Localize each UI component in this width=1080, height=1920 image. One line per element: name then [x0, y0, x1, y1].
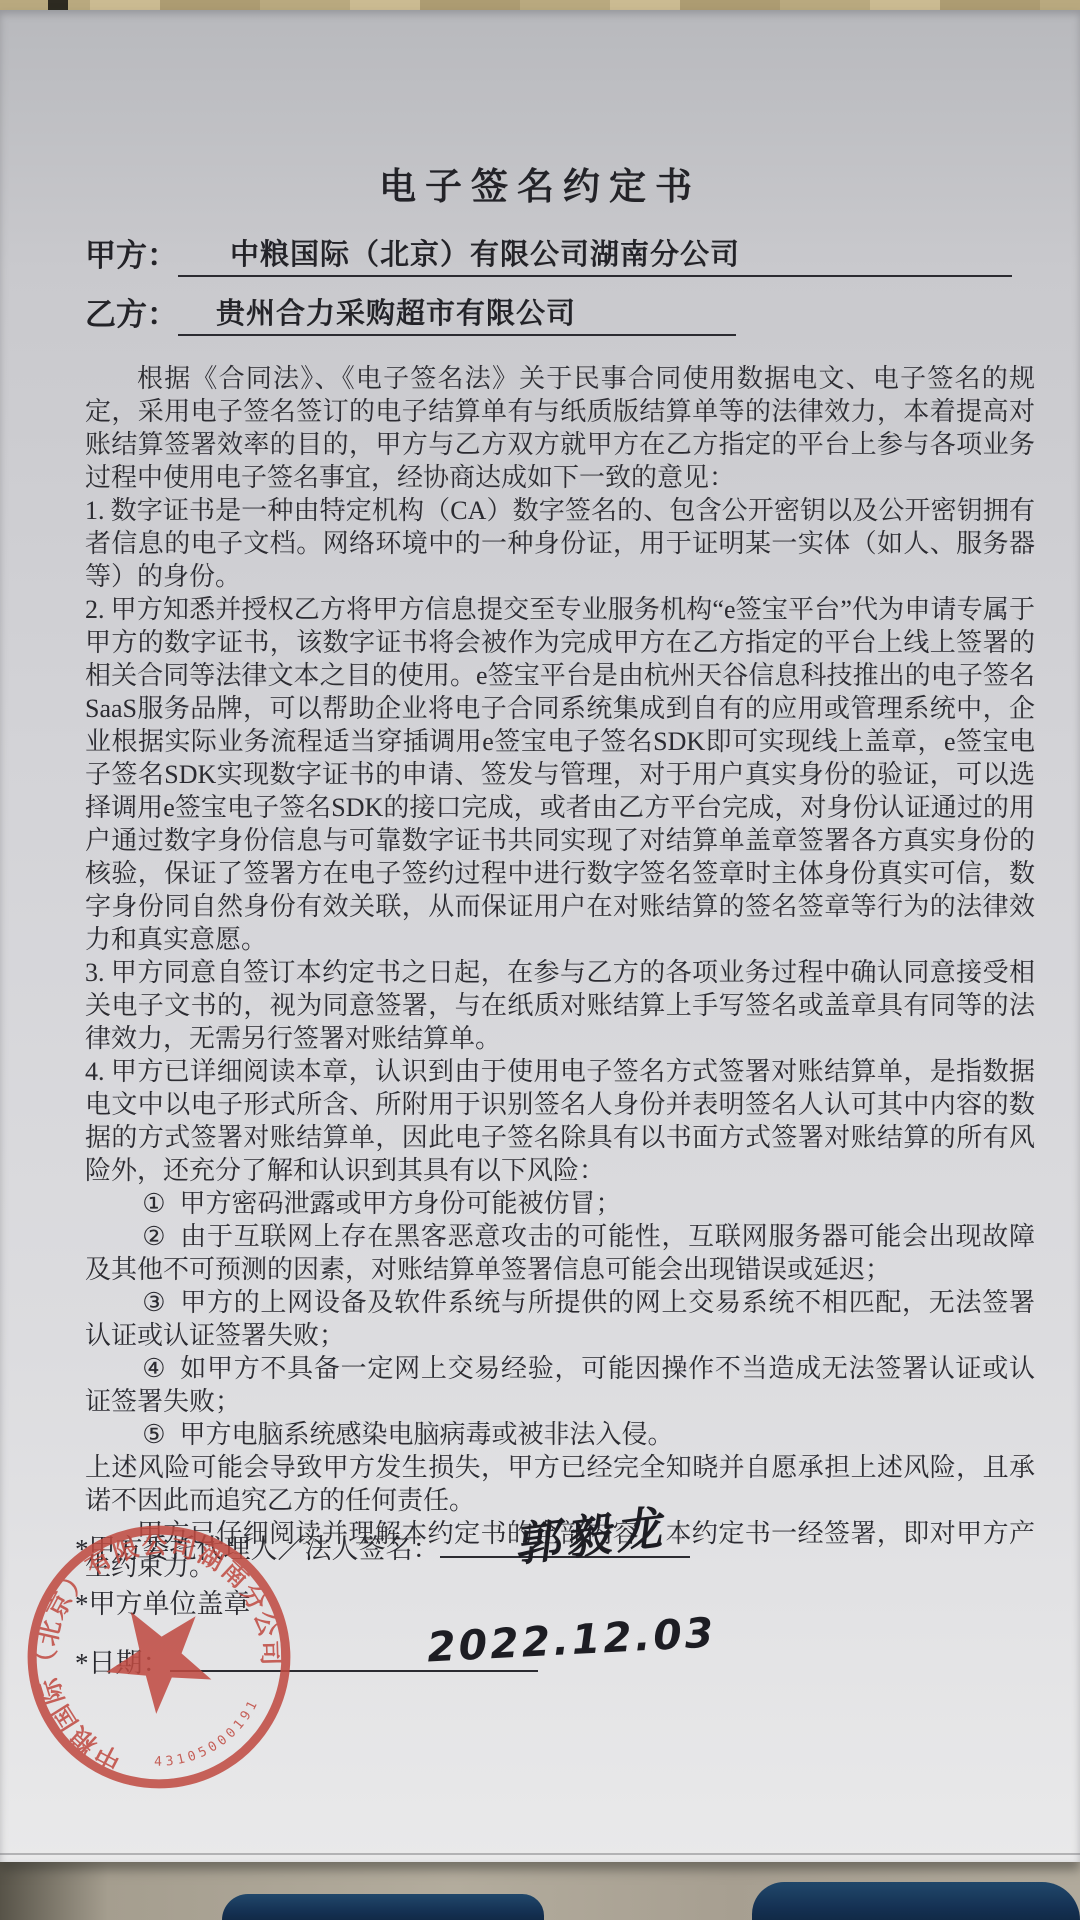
party-a-underline: 中粮国际（北京）有限公司湖南分公司	[178, 232, 1012, 277]
clause-4: 4.甲方已详细阅读本章，认识到由于使用电子签名方式签署对账结算单，是指数据电文中…	[85, 1055, 1035, 1187]
party-b-row: 乙方： 贵州合力采购超市有限公司	[85, 289, 1012, 336]
risk-item-4: ④如甲方不具备一定网上交易经验，可能因操作不当造成无法签署认证或认证签署失败；	[85, 1352, 1035, 1418]
risk-2-number: ②	[142, 1222, 166, 1251]
clause-2: 2.甲方知悉并授权乙方将甲方信息提交至专业服务机构“e签宝平台”代为申请专属于甲…	[85, 593, 1035, 956]
party-a-label: 甲方：	[85, 230, 178, 277]
document-title: 电子签名约定书	[0, 156, 1080, 210]
clause-4-number: 4.	[85, 1057, 105, 1086]
risk-item-5: ⑤甲方电脑系统感染电脑病毒或被非法入侵。	[85, 1418, 1035, 1451]
risk-1-text: 甲方密码泄露或甲方身份可能被仿冒；	[180, 1189, 622, 1218]
clause-1-number: 1.	[85, 496, 105, 525]
stamp-star-icon	[86, 1584, 228, 1725]
contract-paper: 电子签名约定书 甲方： 中粮国际（北京）有限公司湖南分公司 乙方： 贵州合力采购…	[0, 10, 1080, 1862]
party-a-value: 中粮国际（北京）有限公司湖南分公司	[230, 239, 740, 271]
party-a-row: 甲方： 中粮国际（北京）有限公司湖南分公司	[85, 230, 1012, 277]
clause-3: 3.甲方同意自签订本约定书之日起，在参与乙方的各项业务过程中确认同意接受相关电子…	[85, 956, 1035, 1055]
clause-4-text: 甲方已详细阅读本章，认识到由于使用电子签名方式签署对账结算单，是指数据电文中以电…	[85, 1057, 1035, 1185]
company-seal-stamp: 中粮国际（北京）有限公司湖南分公司 43105000191	[8, 1506, 310, 1808]
clause-3-number: 3.	[85, 958, 105, 987]
clause-3-text: 甲方同意自签订本约定书之日起，在参与乙方的各项业务过程中确认同意接受相关电子文书…	[85, 958, 1035, 1053]
risk-4-text: 如甲方不具备一定网上交易经验，可能因操作不当造成无法签署认证或认证签署失败；	[85, 1354, 1035, 1416]
clause-2-text: 甲方知悉并授权乙方将甲方信息提交至专业服务机构“e签宝平台”代为申请专属于甲方的…	[85, 595, 1035, 954]
intro-paragraph: 根据《合同法》、《电子签名法》关于民事合同使用数据电文、电子签名的规定，采用电子…	[85, 362, 1035, 494]
trouser-leg-right	[752, 1882, 1080, 1920]
risk-5-number: ⑤	[142, 1420, 165, 1449]
party-b-label: 乙方：	[85, 289, 178, 336]
risk-3-text: 甲方的上网设备及软件系统与所提供的网上交易系统不相匹配，无法签署认证或认证签署失…	[85, 1288, 1035, 1350]
party-b-value: 贵州合力采购超市有限公司	[216, 298, 576, 330]
contract-body: 根据《合同法》、《电子签名法》关于民事合同使用数据电文、电子签名的规定，采用电子…	[85, 362, 1035, 1583]
handwritten-date: 2022.12.03	[426, 1608, 717, 1671]
risk-item-1: ①甲方密码泄露或甲方身份可能被仿冒；	[85, 1187, 1035, 1220]
party-b-underline: 贵州合力采购超市有限公司	[178, 291, 736, 336]
risk-4-number: ④	[142, 1354, 166, 1383]
risk-item-3: ③甲方的上网设备及软件系统与所提供的网上交易系统不相匹配，无法签署认证或认证签署…	[85, 1286, 1035, 1352]
background-floor	[0, 1855, 1080, 1920]
risk-item-2: ②由于互联网上存在黑客恶意攻击的可能性，互联网服务器可能会出现故障及其他不可预测…	[85, 1220, 1035, 1286]
clause-1-text: 数字证书是一种由特定机构（CA）数字签名的、包含公开密钥以及公开密钥拥有者信息的…	[85, 496, 1035, 591]
trouser-leg-left	[222, 1894, 544, 1920]
risk-2-text: 由于互联网上存在黑客恶意攻击的可能性，互联网服务器可能会出现故障及其他不可预测的…	[85, 1222, 1035, 1284]
risk-1-number: ①	[142, 1189, 165, 1218]
risk-3-number: ③	[142, 1288, 166, 1317]
risk-5-text: 甲方电脑系统感染电脑病毒或被非法入侵。	[180, 1420, 674, 1449]
clause-1: 1.数字证书是一种由特定机构（CA）数字签名的、包含公开密钥以及公开密钥拥有者信…	[85, 494, 1035, 593]
clause-2-number: 2.	[85, 595, 105, 624]
